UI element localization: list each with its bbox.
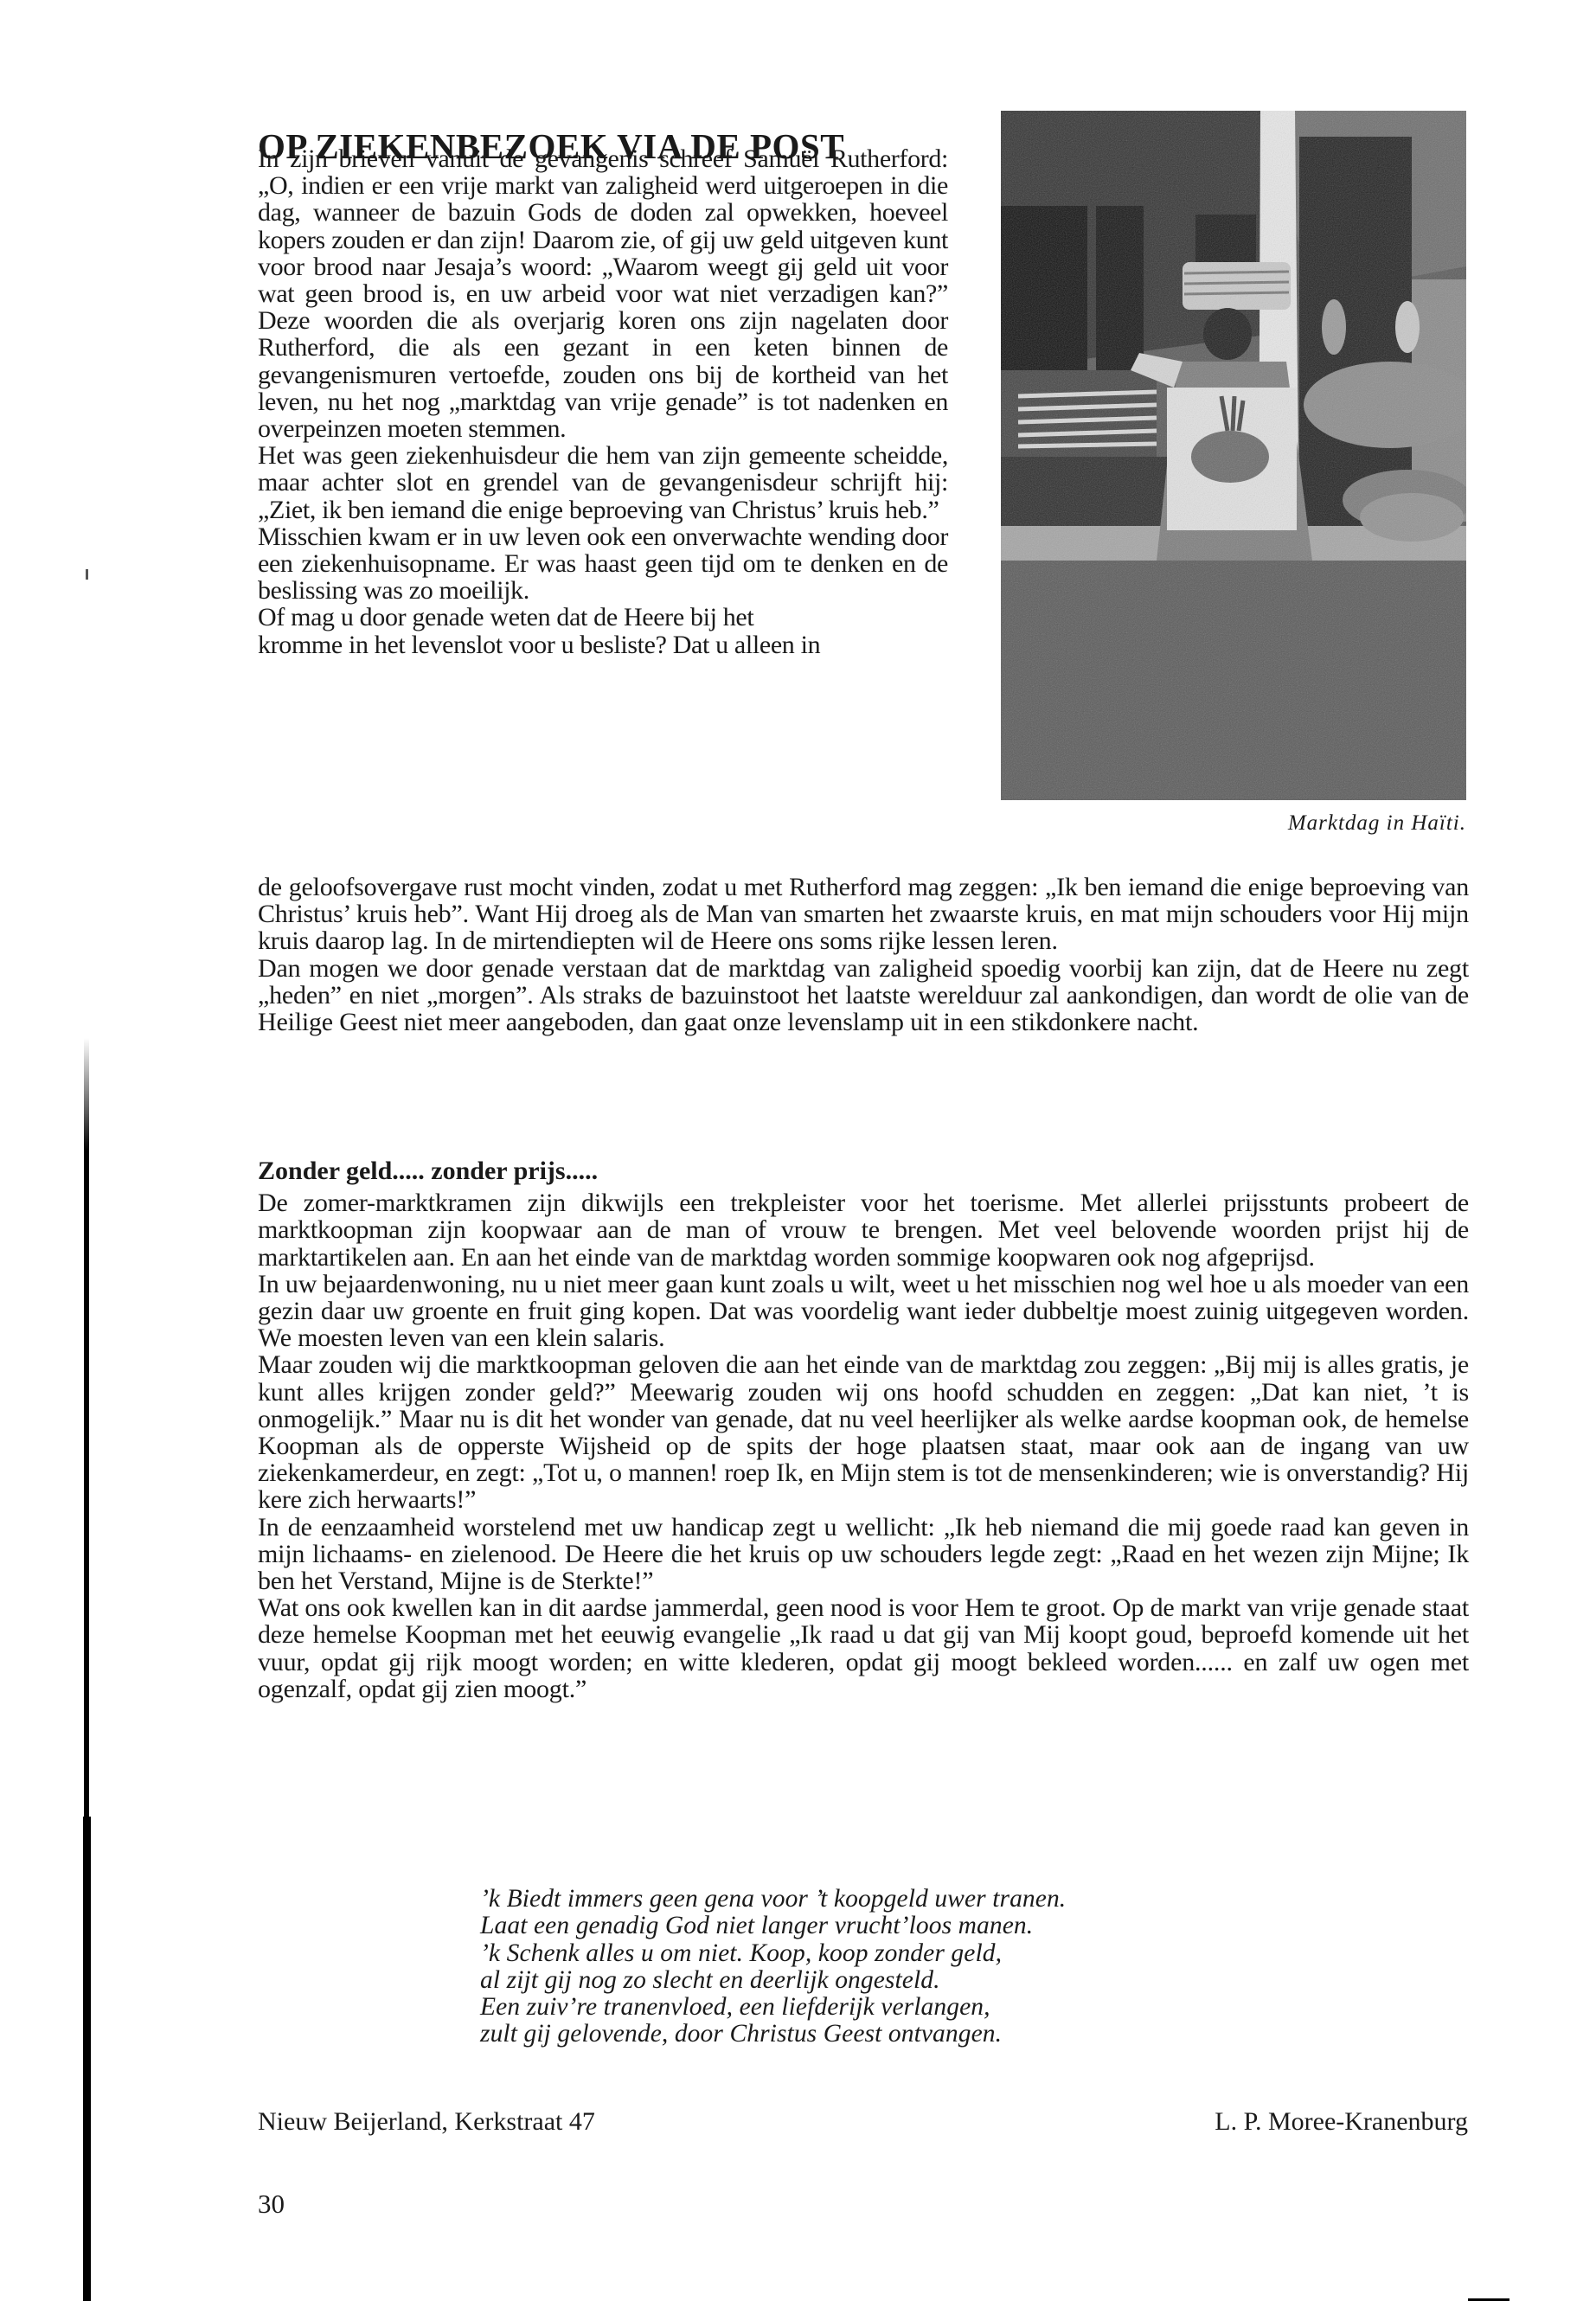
article-section-column: Zonder geld..... zonder prijs..... De zo… xyxy=(258,1157,1469,1702)
paragraph-full-2: Dan mogen we door genade verstaan dat de… xyxy=(258,955,1469,1036)
paragraph-intro-2: Het was geen ziekenhuisdeur die hem van … xyxy=(258,442,948,523)
paragraph-section-2: In uw bejaardenwoning, nu u niet meer ga… xyxy=(258,1271,1469,1352)
paragraph-section-5: Wat ons ook kwellen kan in dit aardse ja… xyxy=(258,1594,1469,1702)
photo-caption: Marktdag in Haïti. xyxy=(1001,811,1466,836)
author-location: Nieuw Beijerland, Kerkstraat 47 xyxy=(258,2107,595,2137)
paragraph-intro-1: In zijn brieven vanuit de gevangenis sch… xyxy=(258,145,948,442)
article-body-column: de geloofsovergave rust mocht vinden, zo… xyxy=(258,874,1469,1035)
paragraph-intro-4a: Of mag u door genade weten dat de Heere … xyxy=(258,604,948,631)
poem-line: ’k Biedt immers geen gena voor ’t koopge… xyxy=(480,1886,1066,1913)
poem-line: ’k Schenk alles u om niet. Koop, koop zo… xyxy=(480,1940,1066,1967)
paragraph-section-1: De zomer-marktkramen zijn dikwijls een t… xyxy=(258,1189,1469,1271)
paragraph-section-4: In de eenzaamheid worstelend met uw hand… xyxy=(258,1514,1469,1595)
author-name: L. P. Moree-Kranenburg xyxy=(1215,2107,1468,2137)
paragraph-section-3: Maar zouden wij die marktkoopman geloven… xyxy=(258,1351,1469,1513)
paragraph-intro-4b: kromme in het levenslot voor u besliste?… xyxy=(258,631,948,658)
page-number: 30 xyxy=(258,2189,285,2220)
poem-line: al zijt gij nog zo slecht en deerlijk on… xyxy=(480,1967,1066,1994)
poem-line: Laat een genadig God niet langer vrucht’… xyxy=(480,1913,1066,1939)
scan-edge-line-thick xyxy=(83,1817,91,2301)
poem-block: ’k Biedt immers geen gena voor ’t koopge… xyxy=(480,1886,1066,2048)
article-intro-column: In zijn brieven vanuit de gevangenis sch… xyxy=(258,145,948,658)
paragraph-intro-3: Misschien kwam er in uw leven ook een on… xyxy=(258,523,948,605)
scan-speck xyxy=(86,569,88,580)
poem-line: zult gij gelovende, door Christus Geest … xyxy=(480,2021,1066,2048)
section-heading: Zonder geld..... zonder prijs..... xyxy=(258,1157,1469,1184)
market-photo xyxy=(1001,111,1466,800)
paragraph-full-1: de geloofsovergave rust mocht vinden, zo… xyxy=(258,874,1469,955)
document-page: OP ZIEKENBEZOEK VIA DE POST In zijn brie… xyxy=(0,0,1596,2301)
market-photo-image xyxy=(1001,111,1466,800)
poem-line: Een zuiv’re tranenvloed, een liefderijk … xyxy=(480,1994,1066,2021)
